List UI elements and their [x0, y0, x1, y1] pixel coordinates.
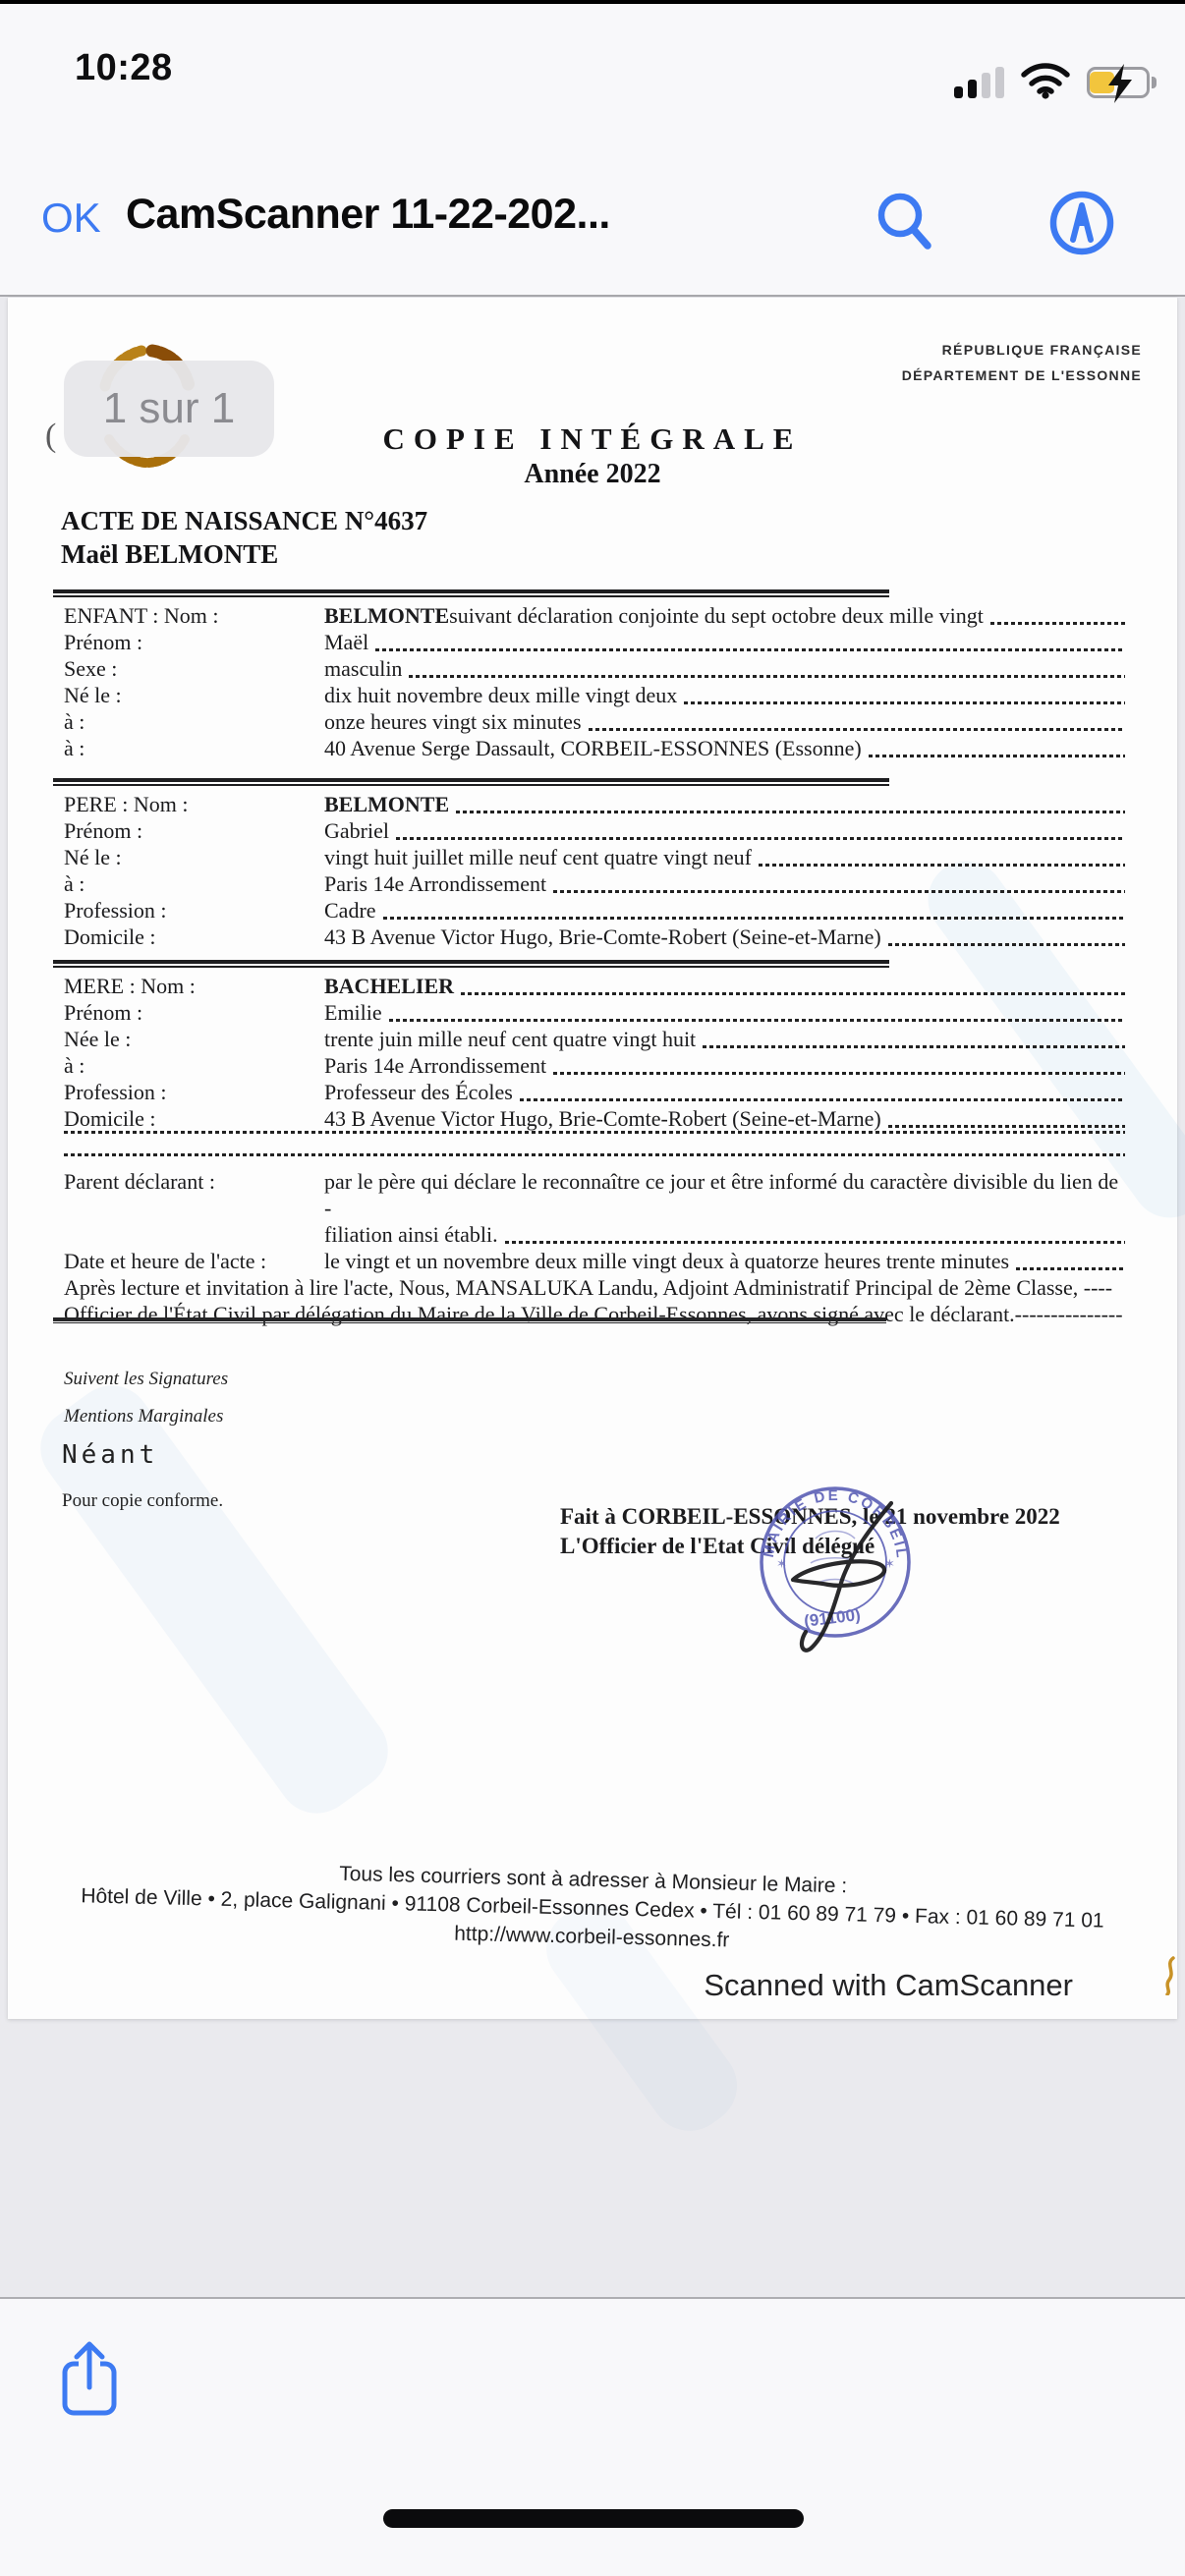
row-value: vingt huit juillet mille neuf cent quatr…: [324, 845, 1125, 870]
row-label: Domicile :: [64, 924, 324, 950]
dash-filler: [888, 1125, 1125, 1128]
row-label: Profession :: [64, 1080, 324, 1105]
row-label: Née le :: [64, 1027, 324, 1052]
dash-filler: [383, 917, 1125, 920]
table-row: ENFANT : Nom :BELMONTE suivant déclarati…: [64, 603, 1125, 630]
row-value: masculin: [324, 656, 1125, 682]
row-label: Profession :: [64, 898, 324, 924]
row-label: à :: [64, 736, 324, 761]
section-end-line: [53, 1317, 886, 1323]
row-value: Paris 14e Arrondissement: [324, 1053, 1125, 1079]
dash-filler: [703, 1045, 1125, 1048]
table-row: Née le :trente juin mille neuf cent quat…: [64, 1027, 1125, 1053]
markup-pen-icon[interactable]: [1047, 189, 1116, 257]
table-row: PERE : Nom :BELMONTE: [64, 792, 1125, 818]
declaration-block: Parent déclarant : par le père qui décla…: [64, 1168, 1125, 1327]
svg-text:✶: ✶: [776, 1556, 787, 1571]
dash-filler: [505, 1241, 1125, 1244]
page-count-badge: 1 sur 1: [64, 361, 274, 457]
table-row: Prénom :Emilie: [64, 1000, 1125, 1027]
dash-filler: [456, 811, 1125, 813]
status-bar: 10:28: [0, 4, 1185, 112]
row-value: Emilie: [324, 1000, 1125, 1026]
row-label: Domicile :: [64, 1106, 324, 1132]
double-rule: [53, 778, 889, 786]
document-title: CamScanner 11-22-202...: [126, 191, 610, 239]
dash-filler: [396, 837, 1125, 840]
table-row: Date et heure de l'acte : le vingt et un…: [64, 1248, 1125, 1274]
table-row: Parent déclarant : par le père qui décla…: [64, 1168, 1125, 1248]
row-label: Parent déclarant :: [64, 1168, 324, 1195]
republique-header: RÉPUBLIQUE FRANÇAISE DÉPARTEMENT DE L'ES…: [902, 337, 1142, 388]
row-label: PERE : Nom :: [64, 792, 324, 817]
republique-line: RÉPUBLIQUE FRANÇAISE: [902, 337, 1142, 363]
table-row: à :onze heures vingt six minutes: [64, 709, 1125, 736]
dash-filler: [869, 755, 1125, 757]
dash-filler: [684, 701, 1125, 704]
dash-filler: [409, 675, 1125, 678]
row-value: BACHELIER: [324, 974, 1125, 999]
row-value: par le père qui déclare le reconnaître c…: [324, 1168, 1125, 1248]
double-rule: [53, 960, 889, 968]
section-pere: PERE : Nom :BELMONTEPrénom :GabrielNé le…: [53, 778, 1125, 951]
double-rule: [53, 589, 889, 597]
battery-charging-icon: [1087, 65, 1163, 100]
row-label: Prénom :: [64, 630, 324, 655]
departement-line: DÉPARTEMENT DE L'ESSONNE: [902, 363, 1142, 388]
row-label: ENFANT : Nom :: [64, 603, 324, 629]
dashed-separator: [64, 1153, 1125, 1156]
wifi-icon: [1020, 62, 1071, 99]
dashed-separator: [64, 1131, 1125, 1134]
row-value: BELMONTE suivant déclaration conjointe d…: [324, 603, 1125, 629]
home-indicator[interactable]: [383, 2509, 804, 2528]
section-enfant: ENFANT : Nom :BELMONTE suivant déclarati…: [53, 589, 1125, 762]
section-mere: MERE : Nom :BACHELIERPrénom :EmilieNée l…: [53, 960, 1125, 1133]
act-name: Maël BELMONTE: [61, 537, 427, 571]
share-icon[interactable]: [57, 2338, 122, 2419]
dash-filler: [375, 648, 1125, 651]
table-row: à :40 Avenue Serge Dassault, CORBEIL-ESS…: [64, 736, 1125, 762]
row-value: BELMONTE: [324, 792, 1125, 817]
table-row: Prénom :Maël: [64, 630, 1125, 656]
row-value: 43 B Avenue Victor Hugo, Brie-Comte-Robe…: [324, 1106, 1125, 1132]
iphone-screen: 10:28 OK CamScanner 11-22-202: [0, 0, 1185, 2576]
clock: 10:28: [75, 47, 173, 89]
cellular-signal-icon: [954, 69, 1004, 100]
nav-bar: OK CamScanner 11-22-202...: [0, 147, 1185, 297]
row-value: Maël: [324, 630, 1125, 655]
row-value: Gabriel: [324, 818, 1125, 844]
gold-scan-artifact: [1161, 1956, 1177, 1995]
table-row: Né le :vingt huit juillet mille neuf cen…: [64, 845, 1125, 871]
dash-filler: [990, 622, 1125, 625]
viewer-background: ( 1 sur 1 RÉPUBLIQUE FRANÇAISE DÉPARTEME…: [0, 297, 1185, 2297]
table-row: à :Paris 14e Arrondissement: [64, 1053, 1125, 1080]
row-value: Cadre: [324, 898, 1125, 924]
pour-copie-note: Pour copie conforme.: [62, 1490, 223, 1512]
status-icons: [954, 61, 1163, 100]
mentions-marginales-note: Mentions Marginales: [64, 1406, 223, 1428]
camscanner-watermark: Scanned with CamScanner: [704, 1968, 1073, 2003]
round-stamp-icon: MAIRIE DE CORBEIL-ESSONNES (91100) ✶ ✶: [722, 1470, 910, 1636]
row-value: Paris 14e Arrondissement: [324, 871, 1125, 897]
dash-filler: [520, 1098, 1125, 1101]
row-label: à :: [64, 709, 324, 735]
ok-done-button[interactable]: OK: [41, 195, 101, 242]
dash-filler: [759, 864, 1125, 867]
row-value: 43 B Avenue Victor Hugo, Brie-Comte-Robe…: [324, 924, 1125, 950]
mairie-stamp-and-signature: MAIRIE DE CORBEIL-ESSONNES (91100) ✶ ✶: [722, 1470, 948, 1666]
dash-filler: [1016, 1267, 1125, 1270]
row-label: Né le :: [64, 845, 324, 870]
row-label: Sexe :: [64, 656, 324, 682]
row-value: onze heures vingt six minutes: [324, 709, 1125, 735]
table-row: Domicile :43 B Avenue Victor Hugo, Brie-…: [64, 924, 1125, 951]
row-value: le vingt et un novembre deux mille vingt…: [324, 1248, 1125, 1274]
act-number: ACTE DE NAISSANCE N°4637: [61, 504, 427, 537]
letterhead-footer: Tous les courriers sont à adresser à Mon…: [7, 1851, 1178, 1965]
scanned-document-page[interactable]: ( 1 sur 1 RÉPUBLIQUE FRANÇAISE DÉPARTEME…: [8, 298, 1177, 2019]
table-row: Profession :Cadre: [64, 898, 1125, 924]
closing-paragraph: Après lecture et invitation à lire l'act…: [64, 1274, 1125, 1301]
scan-artifact-mark: (: [45, 418, 56, 455]
row-value: trente juin mille neuf cent quatre vingt…: [324, 1027, 1125, 1052]
table-row: Sexe :masculin: [64, 656, 1125, 683]
row-label: Né le :: [64, 683, 324, 708]
table-row: MERE : Nom :BACHELIER: [64, 974, 1125, 1000]
table-row: Né le :dix huit novembre deux mille ving…: [64, 683, 1125, 709]
suivent-signatures-note: Suivent les Signatures: [64, 1369, 228, 1390]
table-row: Domicile :43 B Avenue Victor Hugo, Brie-…: [64, 1106, 1125, 1133]
table-row: Profession :Professeur des Écoles: [64, 1080, 1125, 1106]
neant-value: Néant: [62, 1440, 158, 1470]
dash-filler: [461, 992, 1125, 995]
row-label: à :: [64, 1053, 324, 1079]
search-icon[interactable]: [875, 189, 937, 257]
bottom-toolbar: [0, 2299, 1185, 2576]
row-value: dix huit novembre deux mille vingt deux: [324, 683, 1125, 708]
table-row: à :Paris 14e Arrondissement: [64, 871, 1125, 898]
dash-filler: [389, 1019, 1125, 1022]
dash-filler: [888, 943, 1125, 946]
scan-watermark-streak: [25, 1371, 403, 1829]
table-row: Prénom :Gabriel: [64, 818, 1125, 845]
dash-filler: [589, 728, 1125, 731]
dash-filler: [553, 1072, 1125, 1075]
row-value: Professeur des Écoles: [324, 1080, 1125, 1105]
row-label: MERE : Nom :: [64, 974, 324, 999]
row-label: Prénom :: [64, 818, 324, 844]
row-label: Prénom :: [64, 1000, 324, 1026]
row-label: Date et heure de l'acte :: [64, 1248, 324, 1274]
dash-filler: [553, 890, 1125, 893]
row-label: à :: [64, 871, 324, 897]
act-heading: ACTE DE NAISSANCE N°4637 Maël BELMONTE: [61, 504, 427, 571]
row-value: 40 Avenue Serge Dassault, CORBEIL-ESSONN…: [324, 736, 1125, 761]
